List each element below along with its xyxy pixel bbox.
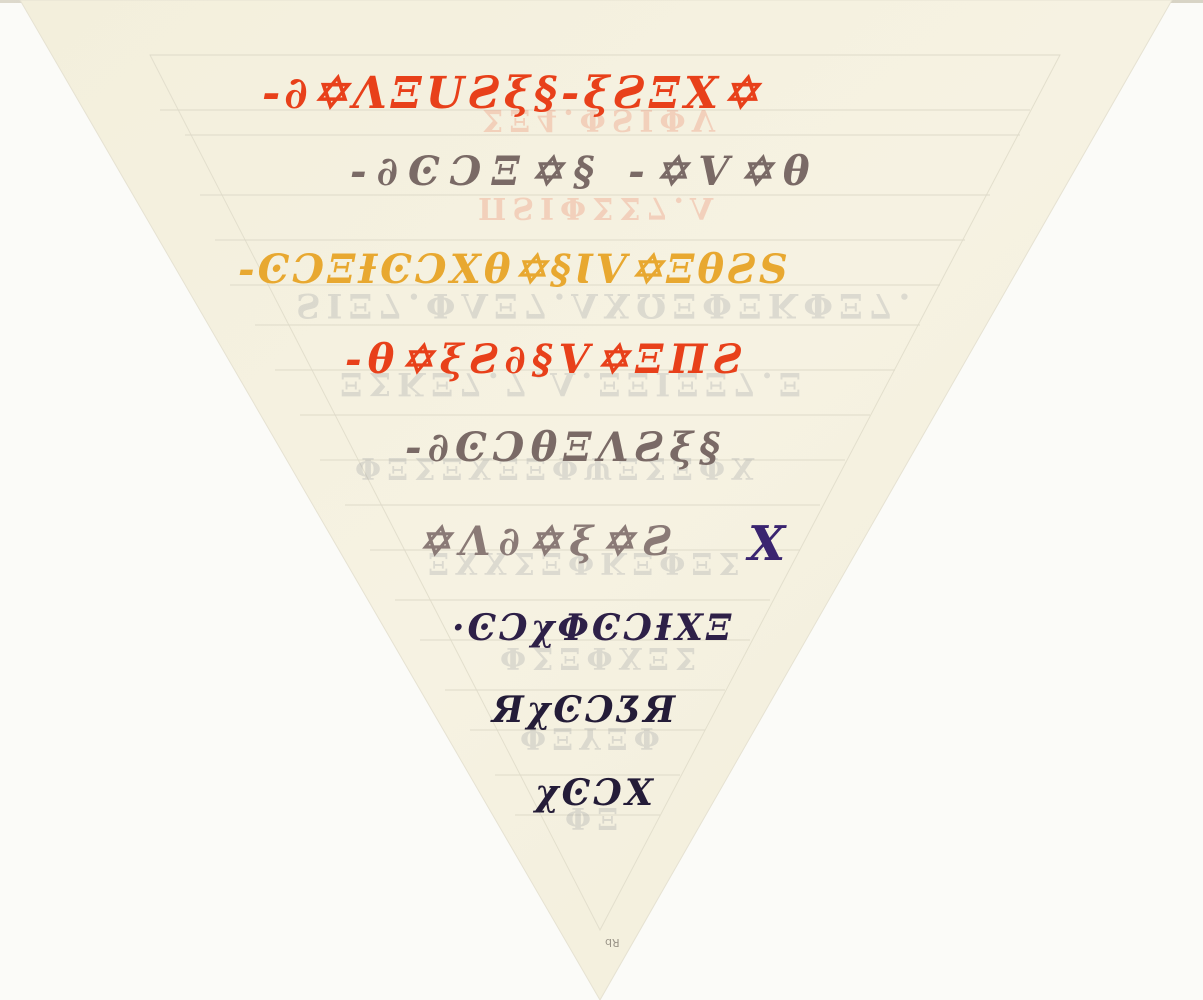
pencil-annotation: Rb: [605, 936, 620, 949]
script-row-1-red: -∂✡ΛΞUƧξ§-ξƧΞX✡: [262, 72, 763, 116]
script-row-2-brown: -∂ϾƆΞ✡§ -✡V✡θ: [350, 152, 820, 192]
script-row-3-gold: -ϾƆΞƗϾƆXθ✡§ƖV✡ΞθƧS: [238, 250, 791, 290]
script-row-9-dark: χϾƆX: [535, 775, 656, 811]
script-row-4-red: -θ✡ξƧ∂§V✡ΞΠƧ: [345, 340, 748, 380]
script-row-5-brown: -∂ϾƆθΞΛƧξ§: [405, 428, 726, 468]
script-row-8-dark: ЯχϾƆƷЯ: [492, 692, 678, 728]
scanned-manuscript: ΣΞ4.ΦSΙΦV ΠSΙΦΣΣ7.Λ SΙΞ7.ΦΛΞ7.ΛXΩΞΦΞΚΦΞ7…: [0, 0, 1203, 1000]
script-row-6-brown: ✡Λ∂✡ξ✡Ƨ: [418, 522, 680, 562]
bleed-through-line-2: ΠSΙΦΣΣ7.Λ: [478, 190, 719, 225]
script-row-7-purple: ·ϾƆχΦϾƆƗXΞ: [452, 610, 734, 646]
script-row-6-purple-x: X: [748, 520, 789, 568]
